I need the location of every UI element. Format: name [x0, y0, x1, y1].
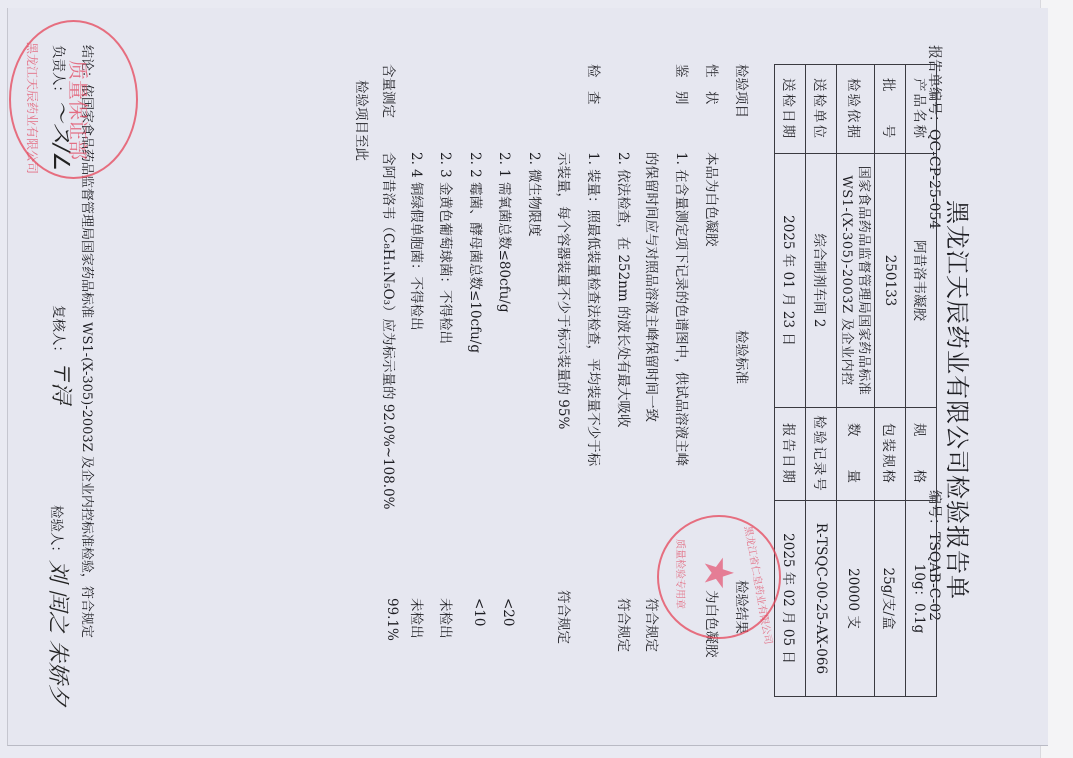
result-standard-identification-1b: 的保留时间应与对照品溶液主峰保留时间一致	[643, 152, 663, 422]
result-standard-aerobic: 2. 1 需氧菌总数≤80cfu/g	[496, 152, 516, 312]
submitting-unit-value: 综合制剂车间 2	[806, 154, 837, 408]
qc-stamp-bottom-text: 质量检验专用章	[674, 539, 689, 609]
result-value-mold: <10	[471, 598, 487, 627]
product-name-value: 阿昔洛韦凝胶	[906, 154, 937, 408]
result-standard-mold: 2. 2 霉菌、酵母菌总数≤10cfu/g	[467, 152, 487, 353]
record-number-label: 检验记录号	[806, 408, 837, 501]
quantity-value: 20000 支	[837, 501, 875, 697]
product-info-table: 产品名称 阿昔洛韦凝胶 规 格 10g：0.1g 批 号 250133 包装规格…	[774, 64, 937, 697]
report-date-value: 2025 年 02 月 05 日	[775, 501, 806, 697]
result-standard-staph: 2. 3 金黄色葡萄球菌：不得检出	[437, 152, 457, 344]
inspection-report-page: 黑龙江天辰药业有限公司检验报告单 报告单编号：QC-CP-25-054 编号：T…	[0, 0, 1073, 758]
result-item-assay: 含量测定	[380, 64, 400, 118]
result-standard-fill-1: 1. 装量：照最低装量检查法检查，平均装量不少于标	[585, 152, 605, 466]
result-value-pseudomonas: 未检出	[408, 598, 428, 639]
table-row: 送检单位 综合制剂车间 2 检验记录号 R-TSQC-00-25-AX-066	[806, 65, 837, 697]
spec-value: 10g：0.1g	[906, 501, 937, 697]
result-value-assay: 99.1%	[384, 598, 400, 641]
basis-label: 检验依据	[837, 65, 875, 154]
result-item-tests: 检 查	[585, 64, 605, 105]
results-header-standard: 检验标准	[733, 330, 753, 384]
result-standard-fill-2: 示装量，每个容器装量不少于标示装量的 95%	[555, 152, 575, 429]
batch-label: 批 号	[875, 65, 906, 154]
quantity-label: 数 量	[837, 408, 875, 501]
result-value-identification-1: 符合规定	[643, 598, 663, 652]
record-number-value: R-TSQC-00-25-AX-066	[806, 501, 837, 697]
qc-inspection-stamp: 黑龙江省仁皇药业有限公司 ★ 质量检验专用章	[657, 515, 781, 639]
report-date-label: 报告日期	[775, 408, 806, 501]
result-standard-assay: 含阿昔洛韦（C₈H₁₁N₅O₃）应为标示量的 92.0%~108.0%	[380, 152, 400, 510]
qa-stamp-company-text: 黑龙江天辰药业有限公司	[24, 42, 41, 174]
reviewer-label: 复核人：	[50, 305, 70, 359]
result-item-appearance: 性 状	[703, 64, 723, 105]
result-item-identification: 鉴 别	[673, 64, 693, 105]
result-standard-identification-2: 2. 依法检查，在 252nm 的波长处有最大吸收	[615, 152, 635, 428]
spec-label: 规 格	[906, 408, 937, 501]
result-value-identification-2: 符合规定	[615, 598, 635, 652]
product-name-label: 产品名称	[906, 65, 937, 154]
result-standard-appearance: 本品为白色凝胶	[703, 152, 723, 247]
table-row: 产品名称 阿昔洛韦凝胶 规 格 10g：0.1g	[906, 65, 937, 697]
result-value-fill: 符合规定	[555, 590, 575, 644]
submit-date-value: 2025 年 01 月 23 日	[775, 154, 806, 408]
qa-department-stamp: 黑龙江天辰药业有限公司 质量保证部	[9, 20, 138, 179]
result-standard-identification-1: 1. 在含量测定项下记录的色谱图中，供试品溶液主峰	[673, 152, 693, 466]
report-title: 黑龙江天辰药业有限公司检验报告单	[942, 200, 977, 600]
table-row: 送检日期 2025 年 01 月 23 日 报告日期 2025 年 02 月 0…	[775, 65, 806, 697]
inspector-signature: 刘 闰之 朱娇夕	[44, 560, 75, 706]
result-standard-pseudomonas: 2. 4 铜绿假单胞菌：不得检出	[408, 152, 428, 331]
inspector-label: 检验人：	[48, 505, 68, 559]
table-row: 检验依据 国家食品药品监督管理局国家药品标准 WS1-(X-305)-2003Z…	[837, 65, 875, 697]
submit-date-label: 送检日期	[775, 65, 806, 154]
result-standard-microbial: 2. 微生物限度	[526, 152, 546, 237]
submitting-unit-label: 送检单位	[806, 65, 837, 154]
result-value-aerobic: <20	[500, 598, 516, 627]
results-header-item: 检验项目	[733, 64, 753, 118]
package-label: 包装规格	[875, 408, 906, 501]
table-row: 批 号 250133 包装规格 25g/支/盒	[875, 65, 906, 697]
qa-stamp-department-text: 质量保证部	[65, 60, 94, 160]
star-icon: ★	[695, 555, 741, 591]
basis-value: 国家食品药品监督管理局国家药品标准 WS1-(X-305)-2003Z 及企业内…	[837, 154, 875, 408]
batch-value: 250133	[875, 154, 906, 408]
result-value-staph: 未检出	[437, 598, 457, 639]
end-note: 检验项目至此	[353, 80, 373, 161]
reviewer-signature: 〒浔	[47, 360, 78, 404]
package-value: 25g/支/盒	[875, 501, 906, 697]
